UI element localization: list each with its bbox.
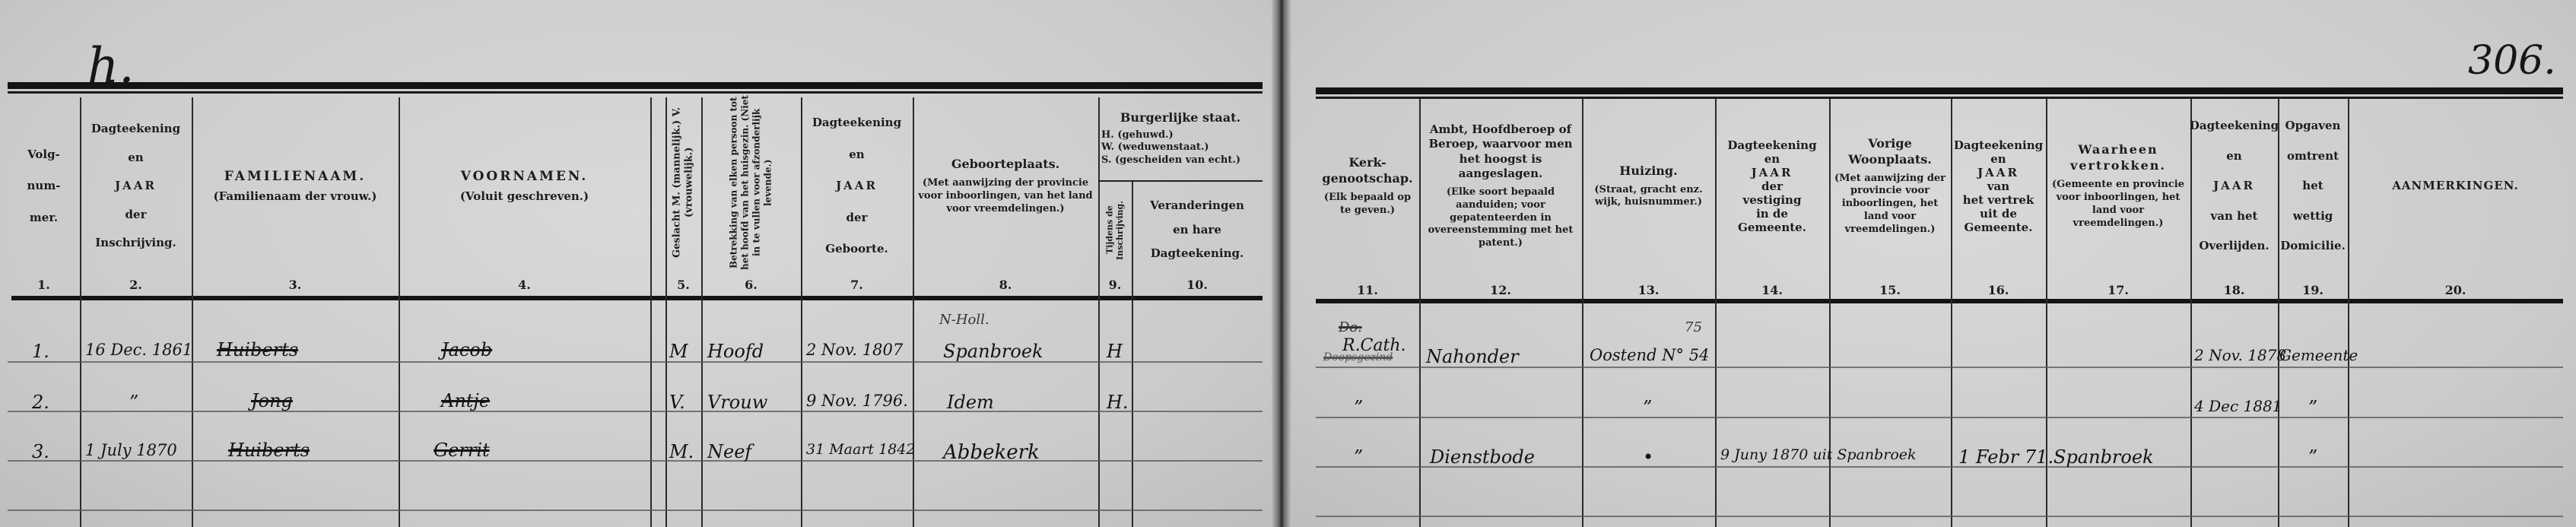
- entry-3-betrekking: Neef: [707, 441, 751, 462]
- row-line: [8, 510, 1263, 511]
- col-num: 10.: [1132, 278, 1263, 292]
- col-num: 4.: [399, 278, 650, 292]
- header-familienaam: FAMILIENAAM. (Familienaam der vrouw.): [192, 91, 399, 281]
- entry-3-voornamen: Gerrit: [434, 440, 490, 461]
- header-geboorte: Dagteekening en JAAR der Geboorte.: [801, 91, 913, 281]
- col-num: 16.: [1951, 283, 2046, 297]
- col-num: 14.: [1715, 283, 1829, 297]
- header-vertrek: Dagteekening en JAAR van het vertrek uit…: [1951, 91, 2046, 281]
- right-header-bottom-rule: [1316, 299, 2563, 303]
- entry-1-overlijden: 2 Nov. 1878: [2194, 346, 2286, 364]
- entry-1-geboorteplaats: Spanbroek: [943, 341, 1043, 362]
- entry-3-familienaam: Huiberts: [228, 440, 310, 461]
- row-line: [1316, 516, 2563, 517]
- entry-3-kerkgenootschap: ”: [1354, 446, 1363, 468]
- entry-2-overlijden: 4 Dec 1881: [2194, 397, 2282, 415]
- col-num: 5.: [665, 278, 701, 292]
- header-betrekking: Betrekking van elken persoon tot het hoo…: [701, 91, 801, 274]
- header-huizing: Huizing. (Straat, gracht enz. wijk, huis…: [1582, 91, 1715, 281]
- col-num: 2.: [80, 278, 192, 292]
- col-num: 9.: [1098, 278, 1132, 292]
- header-veranderingen: Veranderingen en hare Dagteekening.: [1132, 186, 1263, 274]
- entry-1-domicilie: Gemeente: [2279, 346, 2358, 364]
- entry-2-volgnummer: 2.: [32, 392, 49, 413]
- row-line: [1316, 417, 2563, 418]
- entry-3-huizing: •: [1643, 446, 1653, 468]
- entry-1-burgerlijke-staat: H: [1107, 341, 1123, 362]
- row-line: [8, 411, 1263, 412]
- entry-3-domicilie: ”: [2308, 446, 2317, 468]
- entry-3-geboorteplaats: Abbekerk: [943, 441, 1040, 464]
- header-vestiging: Dagteekening en JAAR der vestiging in de…: [1715, 91, 1829, 281]
- entry-1-familienaam: Huiberts: [217, 339, 298, 360]
- entry-3-beroep: Dienstbode: [1430, 446, 1535, 468]
- entry-2-huizing: ”: [1643, 397, 1652, 418]
- entry-1-kerk-struck: Doopsgezind: [1323, 351, 1393, 364]
- header-domicilie: Opgaven omtrent het wettig Domicilie.: [2278, 91, 2348, 281]
- entry-1-beroep: Nahonder: [1426, 346, 1519, 367]
- row-line: [8, 460, 1263, 462]
- left-top-rule: [8, 82, 1263, 89]
- entry-2-kerkgenootschap: ”: [1354, 397, 1363, 418]
- col-num: 19.: [2278, 283, 2348, 297]
- entry-1-voornamen: Jacob: [441, 339, 492, 360]
- col-num: 1.: [8, 278, 80, 292]
- col-num: 13.: [1582, 283, 1715, 297]
- header-kerkgenootschap: Kerk- genootschap. (Elk bepaald op te ge…: [1316, 91, 1419, 281]
- col-num: 11.: [1316, 283, 1419, 297]
- entry-3-vestiging: 9 Juny 1870 uit Spanbroek: [1720, 446, 1917, 463]
- entry-3-inschrijving: 1 July 1870: [85, 441, 177, 459]
- header-inschrijving: Dagteekening en JAAR der Inschrijving.: [80, 91, 192, 281]
- entry-1-huizing: Oostend N° 54: [1590, 346, 1709, 364]
- entry-1-geslacht: M: [669, 341, 688, 362]
- entry-2-familienaam: Jong: [251, 390, 293, 411]
- entry-3-volgnummer: 3.: [32, 441, 49, 462]
- entry-1-inschrijving: 16 Dec. 1861: [85, 341, 192, 359]
- header-burgerlijke-staat: Burgerlijke staat. H. (gehuwd.) W. (wedu…: [1098, 99, 1263, 179]
- book-spine: [1272, 0, 1291, 527]
- header-geboorteplaats: Geboorteplaats. (Met aanwijzing der prov…: [913, 91, 1098, 281]
- entry-1-geboorteplaats-note: N-Holl.: [939, 312, 989, 328]
- header-waarheen: Waarheen vertrokken. (Gemeente en provin…: [2046, 91, 2190, 281]
- entry-2-geboorteplaats: Idem: [947, 392, 994, 413]
- right-page-number: 306.: [2468, 38, 2556, 84]
- row-line: [8, 361, 1263, 363]
- col-num: 6.: [701, 278, 801, 292]
- col-num: 7.: [801, 278, 913, 292]
- header-beroep: Ambt, Hoofdberoep of Beroep, waarvoor me…: [1419, 91, 1582, 281]
- entry-2-geboorte: 9 Nov. 1796.: [806, 392, 908, 410]
- header-aanmerkingen: AANMERKINGEN.: [2348, 91, 2563, 281]
- burgerlijke-staat-divider: [1098, 180, 1263, 182]
- entry-3-vertrek: 1 Febr 71.: [1958, 446, 2053, 468]
- col-num: 20.: [2348, 283, 2563, 297]
- col-divider: [650, 97, 652, 527]
- col-num: 8.: [913, 278, 1098, 292]
- header-volgnummer: Volg- num- mer.: [8, 91, 80, 281]
- entry-2-geslacht: V.: [669, 392, 685, 413]
- entry-3-geslacht: M.: [669, 441, 694, 462]
- header-vorige-woonplaats: Vorige Woonplaats. (Met aanwijzing der p…: [1829, 91, 1951, 281]
- entry-1-kerk-above: Do.: [1339, 319, 1362, 335]
- header-voornamen: VOORNAMEN. (Voluit geschreven.): [399, 91, 650, 281]
- entry-1-betrekking: Hoofd: [707, 341, 764, 362]
- col-num: 3.: [192, 278, 399, 292]
- col-num: 18.: [2190, 283, 2278, 297]
- header-overlijden: Dagteekening en JAAR van het Overlijden.: [2190, 91, 2278, 281]
- entry-1-huizing-correction: 75: [1685, 319, 1702, 335]
- entry-1-geboorte: 2 Nov. 1807: [806, 341, 903, 359]
- header-geslacht: Geslacht M. (mannelijk.) V. (vrouwelijk.…: [665, 91, 701, 274]
- entry-2-inschrijving: ”: [129, 392, 138, 413]
- entry-2-burgerlijke-staat: H.: [1107, 392, 1129, 413]
- entry-3-waarheen: Spanbroek: [2053, 446, 2154, 468]
- header-tijdens-inschrijving: Tijdens de Inschrijving.: [1098, 186, 1132, 274]
- col-num: 15.: [1829, 283, 1951, 297]
- entry-1-volgnummer: 1.: [32, 341, 49, 362]
- entry-3-geboorte: 31 Maart 1842: [806, 441, 915, 458]
- entry-2-betrekking: Vrouw: [707, 392, 767, 413]
- left-header-bottom-rule: [11, 296, 1263, 300]
- entry-2-domicilie: ”: [2308, 397, 2317, 418]
- col-num: 12.: [1419, 283, 1582, 297]
- col-num: 17.: [2046, 283, 2190, 297]
- entry-2-voornamen: Antje: [441, 390, 490, 411]
